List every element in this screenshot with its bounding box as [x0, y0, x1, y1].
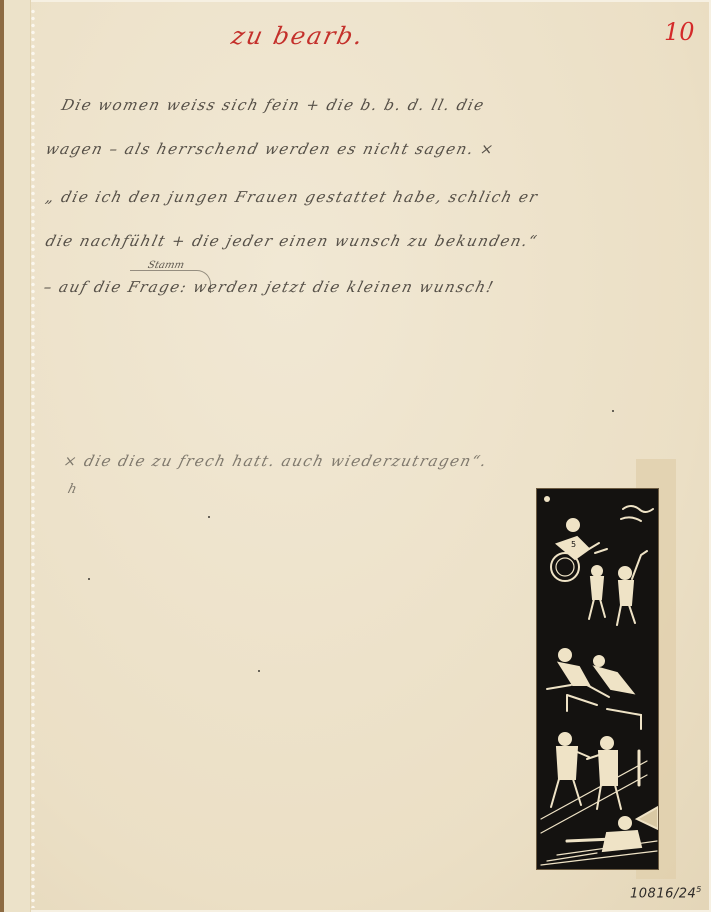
page-number: 10 [664, 18, 695, 46]
svg-text:5: 5 [571, 540, 576, 549]
sports-linocut-illustration: 5 [536, 488, 659, 870]
footnote-line: × die die zu frech hatt. auch wiederzutr… [62, 452, 490, 470]
paper-speck [612, 410, 614, 412]
paper-speck [88, 578, 90, 580]
paper-speck [208, 516, 210, 518]
manuscript-line-2: wagen – als herrschend werden es nicht s… [44, 140, 497, 158]
red-heading: zu bearb. [229, 22, 367, 50]
paper-speck [258, 670, 260, 672]
catalog-number: 10816/245 [630, 885, 702, 901]
manuscript-line-4: die nachfühlt + die jeder einen wunsch z… [44, 232, 540, 250]
illustration-artwork: 5 [537, 489, 658, 869]
manuscript-line-1: Die women weiss sich fein + die b. b. d.… [60, 96, 487, 114]
manuscript-line-3: „ die ich den jungen Frauen gestattet ha… [44, 188, 541, 206]
perforation-holes [30, 8, 36, 908]
catalog-number-suffix: 5 [696, 885, 702, 894]
catalog-number-main: 10816/24 [630, 886, 696, 901]
manuscript-line-5: – auf die Frage: werden jetzt die kleine… [42, 278, 497, 296]
binding-strip [4, 0, 31, 912]
